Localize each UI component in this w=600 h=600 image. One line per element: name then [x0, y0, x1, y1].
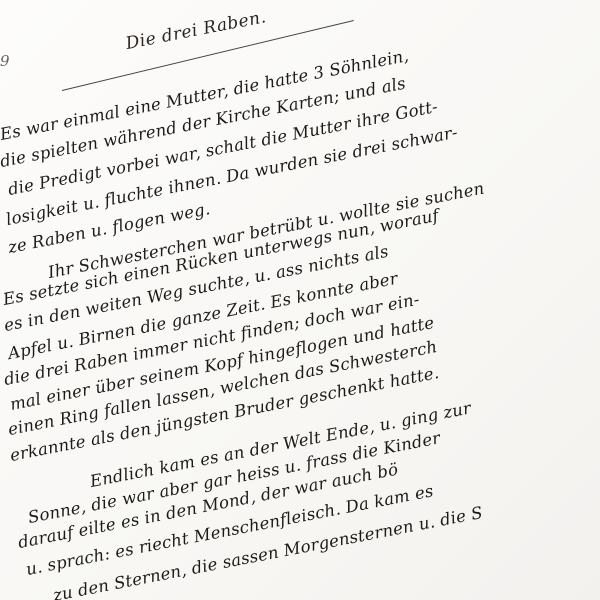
manuscript-page: 9 Die drei Raben. Es war einmal eine Mut…	[0, 0, 600, 600]
page-number-margin-mark: 9	[0, 52, 10, 70]
manuscript-title: Die drei Raben.	[124, 7, 268, 54]
